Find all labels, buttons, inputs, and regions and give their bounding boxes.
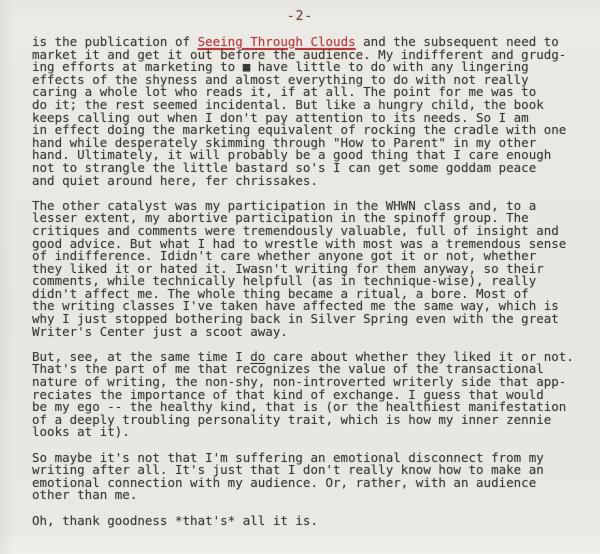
paragraph-5: Oh, thank goodness *that's* all it is. [32,515,588,528]
document-body: is the publication of Seeing Through Clo… [32,36,588,540]
paragraph-4: So maybe it's not that I'm suffering an … [32,452,588,502]
page-number: -2- [0,9,600,24]
paragraph-1-text-after-title: and the subsequent need to market it and… [32,34,566,188]
typewritten-page: -2- is the publication of Seeing Through… [0,0,600,554]
paragraph-2: The other catalyst was my participation … [32,200,588,339]
paragraph-1: is the publication of Seeing Through Clo… [32,36,588,187]
paragraph-3-text-after-do: care about whether they liked it or not.… [32,349,574,440]
paragraph-3: But, see, at the same time I do care abo… [32,351,588,439]
